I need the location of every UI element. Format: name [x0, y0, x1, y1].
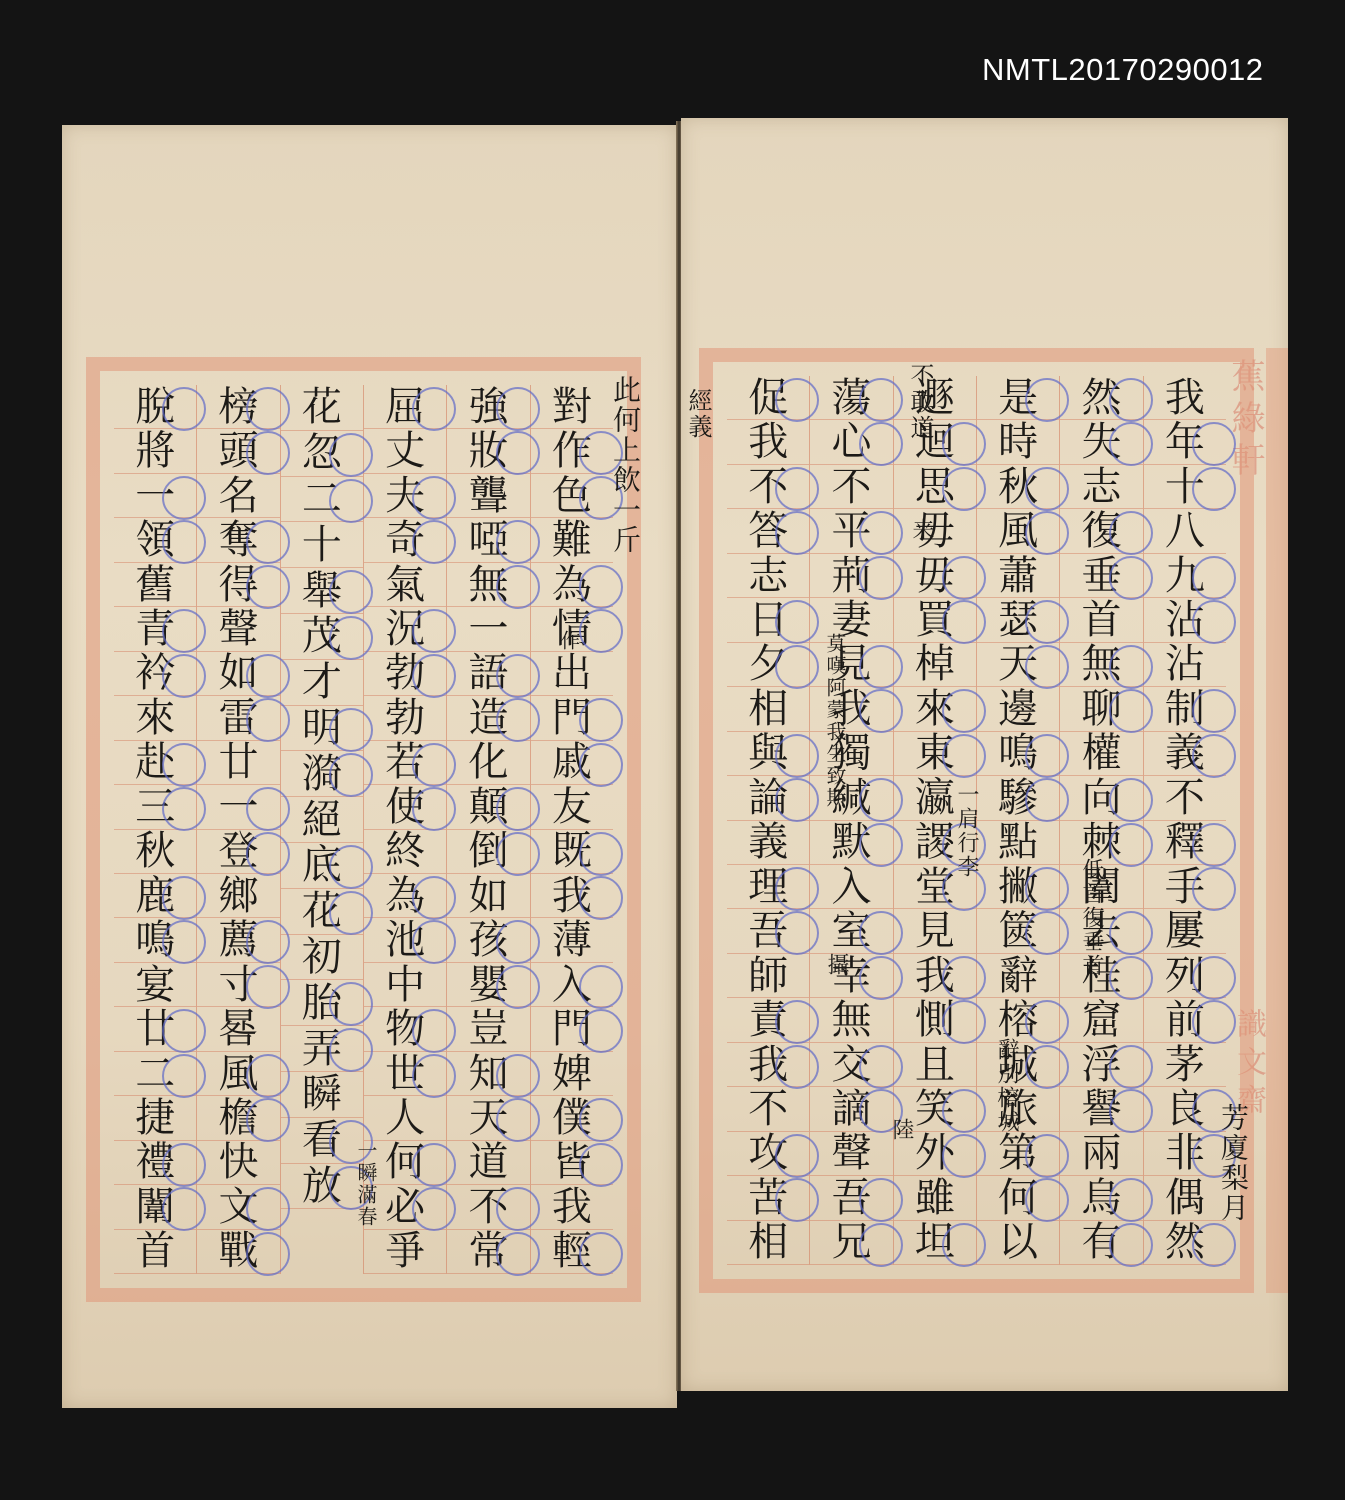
character-cell: 聊 — [1060, 687, 1142, 731]
right-page-text-column: 然失志復垂首無聊權向棘闈去桂窟浮譽兩烏有 — [1059, 376, 1142, 1265]
character-cell: 室 — [810, 909, 892, 953]
character-cell: 相 — [727, 1221, 809, 1265]
character-cell: 不 — [810, 465, 892, 509]
character-cell: 向 — [1060, 776, 1142, 820]
character-cell: 我 — [727, 1043, 809, 1087]
character-cell: 檐 — [197, 1096, 279, 1140]
character-cell: 來 — [894, 687, 976, 731]
character-cell: 不 — [727, 1087, 809, 1131]
character-cell: 知 — [447, 1052, 529, 1096]
character-cell: 倒 — [447, 830, 529, 874]
character-cell: 登 — [197, 830, 279, 874]
character-cell: 入 — [531, 963, 613, 1007]
left-page: 對作色難為情出門戚友既我薄入門婢僕皆我輕強妝聾啞無一語造化顛倒如孩嬰豈知天道不常… — [62, 125, 677, 1408]
character-cell: 道 — [447, 1141, 529, 1185]
character-cell: 色 — [531, 474, 613, 518]
right-page-inline-note: 来 — [906, 518, 937, 542]
character-cell: 義 — [727, 821, 809, 865]
character-cell: 捷 — [114, 1096, 196, 1140]
character-cell: 得 — [197, 563, 279, 607]
character-cell: 九 — [1144, 554, 1226, 598]
character-cell: 物 — [364, 1007, 446, 1051]
character-cell: 聾 — [447, 474, 529, 518]
character-cell: 作 — [531, 429, 613, 473]
character-cell: 兩 — [1060, 1132, 1142, 1176]
character-cell: 無 — [810, 998, 892, 1042]
character-cell: 為 — [364, 874, 446, 918]
character-cell: 鄉 — [197, 874, 279, 918]
character-cell: 既 — [531, 830, 613, 874]
character-cell: 時 — [977, 420, 1059, 464]
character-cell: 屈 — [364, 385, 446, 429]
character-cell: 兄 — [810, 1221, 892, 1265]
right-page: 蕉綠軒 識文齋 我年十八九沾沾制義不釋手屢列前茅良非偶然然失志復垂首無聊權向棘闈… — [681, 118, 1288, 1391]
character-cell: 一 — [197, 785, 279, 829]
character-cell: 無 — [1060, 643, 1142, 687]
character-cell: 交 — [810, 1043, 892, 1087]
left-page-text-column: 花忽二十舉茂才明漪絕底花初胎弄瞬看放 — [280, 385, 363, 1274]
character-cell: 蕩 — [810, 376, 892, 420]
character-cell: 勃 — [364, 696, 446, 740]
left-page-text-column: 榜頭名奪得聲如雷廿一登鄉薦寸晷風檐快文戰 — [196, 385, 279, 1274]
character-cell: 邊 — [977, 687, 1059, 731]
character-cell: 舊 — [114, 563, 196, 607]
character-cell: 丈 — [364, 429, 446, 473]
character-cell: 將 — [114, 429, 196, 473]
character-cell: 棹 — [894, 643, 976, 687]
character-cell: 前 — [1144, 998, 1226, 1042]
character-cell: 奇 — [364, 518, 446, 562]
character-cell: 我 — [531, 874, 613, 918]
character-cell: 胎 — [281, 980, 363, 1026]
character-cell: 赴 — [114, 741, 196, 785]
character-cell: 妝 — [447, 429, 529, 473]
character-cell: 廿 — [114, 1007, 196, 1051]
character-cell: 茅 — [1144, 1043, 1226, 1087]
character-cell: 默 — [810, 821, 892, 865]
character-cell: 為 — [531, 563, 613, 607]
character-cell: 忽 — [281, 431, 363, 477]
character-cell: 輕 — [531, 1230, 613, 1274]
character-cell: 荊 — [810, 554, 892, 598]
character-cell: 門 — [531, 1007, 613, 1051]
character-cell: 薦 — [197, 918, 279, 962]
character-cell: 化 — [447, 741, 529, 785]
character-cell: 首 — [1060, 598, 1142, 642]
character-cell: 年 — [1144, 420, 1226, 464]
character-cell: 戰 — [197, 1230, 279, 1274]
character-cell: 三 — [114, 785, 196, 829]
character-cell: 花 — [281, 889, 363, 935]
character-cell: 放 — [281, 1164, 363, 1210]
character-cell: 友 — [531, 785, 613, 829]
character-cell: 花 — [281, 385, 363, 431]
left-page-inline-note: 作 — [555, 630, 584, 652]
character-cell: 常 — [447, 1230, 529, 1274]
character-cell: 戚 — [531, 741, 613, 785]
character-cell: 薄 — [531, 918, 613, 962]
character-cell: 池 — [364, 918, 446, 962]
character-cell: 闈 — [114, 1185, 196, 1229]
character-cell: 人 — [364, 1096, 446, 1140]
character-cell: 二 — [114, 1052, 196, 1096]
character-cell: 釋 — [1144, 821, 1226, 865]
character-cell: 思 — [894, 465, 976, 509]
character-cell: 門 — [531, 696, 613, 740]
character-cell: 且 — [894, 1043, 976, 1087]
character-cell: 雷 — [197, 696, 279, 740]
character-cell: 列 — [1144, 954, 1226, 998]
character-cell: 快 — [197, 1141, 279, 1185]
character-cell: 鳴 — [977, 732, 1059, 776]
character-cell: 點 — [977, 821, 1059, 865]
character-cell: 氣 — [364, 563, 446, 607]
character-cell: 入 — [810, 865, 892, 909]
character-cell: 啞 — [447, 518, 529, 562]
character-cell: 東 — [894, 732, 976, 776]
right-page-inline-note: 陸 — [886, 1118, 917, 1142]
character-cell: 權 — [1060, 732, 1142, 776]
right-page-inline-note: 攝 — [821, 953, 852, 977]
character-cell: 撇 — [977, 865, 1059, 909]
character-cell: 志 — [1060, 465, 1142, 509]
character-cell: 難 — [531, 518, 613, 562]
character-cell: 風 — [977, 509, 1059, 553]
character-cell: 然 — [1144, 1221, 1226, 1265]
character-cell: 吾 — [810, 1176, 892, 1220]
character-cell: 雖 — [894, 1176, 976, 1220]
character-cell: 烏 — [1060, 1176, 1142, 1220]
character-cell: 浮 — [1060, 1043, 1142, 1087]
character-cell: 廿 — [197, 741, 279, 785]
character-cell: 以 — [977, 1221, 1059, 1265]
character-cell: 不 — [1144, 776, 1226, 820]
character-cell: 況 — [364, 607, 446, 651]
character-cell: 對 — [531, 385, 613, 429]
character-cell: 來 — [114, 696, 196, 740]
character-cell: 如 — [197, 652, 279, 696]
character-cell: 十 — [1144, 465, 1226, 509]
character-cell: 蕭 — [977, 554, 1059, 598]
character-cell: 脫 — [114, 385, 196, 429]
character-cell: 惻 — [894, 998, 976, 1042]
right-page-signature: 芳廈梨月 — [1213, 1103, 1253, 1223]
character-cell: 無 — [447, 563, 529, 607]
character-cell: 義 — [1144, 732, 1226, 776]
character-cell: 志 — [727, 554, 809, 598]
character-cell: 孩 — [447, 918, 529, 962]
character-cell: 瞬 — [281, 1072, 363, 1118]
character-cell: 謫 — [810, 1087, 892, 1131]
character-cell: 秋 — [114, 830, 196, 874]
character-cell: 促 — [727, 376, 809, 420]
character-cell: 風 — [197, 1052, 279, 1096]
character-cell: 名 — [197, 474, 279, 518]
character-cell: 二 — [281, 477, 363, 523]
character-cell: 顛 — [447, 785, 529, 829]
character-cell: 手 — [1144, 865, 1226, 909]
character-cell: 語 — [447, 652, 529, 696]
character-cell: 宴 — [114, 963, 196, 1007]
character-cell: 垂 — [1060, 554, 1142, 598]
character-cell: 答 — [727, 509, 809, 553]
character-cell: 爭 — [364, 1230, 446, 1274]
character-cell: 秋 — [977, 465, 1059, 509]
character-cell: 出 — [531, 652, 613, 696]
character-cell: 制 — [1144, 687, 1226, 731]
character-cell: 我 — [894, 954, 976, 998]
character-cell: 苦 — [727, 1176, 809, 1220]
character-cell: 寸 — [197, 963, 279, 1007]
character-cell: 攻 — [727, 1132, 809, 1176]
character-cell: 聲 — [197, 607, 279, 651]
character-cell: 造 — [447, 696, 529, 740]
right-page-inline-note: 莫嘆阿蒙我生致斯 — [821, 633, 850, 809]
character-cell: 皆 — [531, 1141, 613, 1185]
character-cell: 僕 — [531, 1096, 613, 1140]
character-cell: 心 — [810, 420, 892, 464]
left-page-text-column: 脫將一領舊青衿來赴三秋鹿鳴宴廿二捷禮闈首 — [114, 385, 196, 1274]
right-page-edge-strip — [1266, 348, 1288, 1293]
character-cell: 瑟 — [977, 598, 1059, 642]
book-spread: 對作色難為情出門戚友既我薄入門婢僕皆我輕強妝聾啞無一語造化顛倒如孩嬰豈知天道不常… — [62, 113, 1288, 1398]
character-cell: 夫 — [364, 474, 446, 518]
character-cell: 天 — [977, 643, 1059, 687]
left-page-text-column: 強妝聾啞無一語造化顛倒如孩嬰豈知天道不常 — [446, 385, 529, 1274]
character-cell: 如 — [447, 874, 529, 918]
character-cell: 衿 — [114, 652, 196, 696]
character-cell: 何 — [977, 1176, 1059, 1220]
character-cell: 榕 — [977, 998, 1059, 1042]
character-cell: 復 — [1060, 509, 1142, 553]
character-cell: 驂 — [977, 776, 1059, 820]
character-cell: 禮 — [114, 1141, 196, 1185]
left-page-inline-note: 一瞬滿春 — [352, 1140, 381, 1228]
character-cell: 師 — [727, 954, 809, 998]
character-cell: 然 — [1060, 376, 1142, 420]
character-cell: 平 — [810, 509, 892, 553]
character-cell: 茂 — [281, 614, 363, 660]
character-cell: 論 — [727, 776, 809, 820]
left-page-margin-note: 此何上飲一斤 — [605, 375, 645, 555]
character-cell: 奪 — [197, 518, 279, 562]
right-page-outer-note: 經義 — [681, 388, 716, 440]
character-cell: 責 — [727, 998, 809, 1042]
right-page-inline-note: 低首復垂首 — [1076, 858, 1107, 978]
character-cell: 理 — [727, 865, 809, 909]
character-cell: 弄 — [281, 1026, 363, 1072]
character-cell: 不 — [447, 1185, 529, 1229]
character-cell: 首 — [114, 1230, 196, 1274]
character-cell: 鹿 — [114, 874, 196, 918]
right-page-inline-note: 一肩行李 — [951, 783, 982, 879]
character-cell: 初 — [281, 935, 363, 981]
character-cell: 辭 — [977, 954, 1059, 998]
character-cell: 世 — [364, 1052, 446, 1096]
character-cell: 婢 — [531, 1052, 613, 1096]
archive-id-label: NMTL20170290012 — [982, 52, 1264, 88]
character-cell: 看 — [281, 1118, 363, 1164]
right-page-inline-note: 辭別榕城 — [991, 1038, 1022, 1134]
character-cell: 見 — [894, 909, 976, 953]
character-cell: 第 — [977, 1132, 1059, 1176]
character-cell: 終 — [364, 830, 446, 874]
right-page-inline-note: 不敢道 — [903, 363, 938, 441]
character-cell: 窟 — [1060, 998, 1142, 1042]
character-cell: 十 — [281, 522, 363, 568]
character-cell: 明 — [281, 706, 363, 752]
character-cell: 買 — [894, 598, 976, 642]
character-cell: 八 — [1144, 509, 1226, 553]
left-page-text-column: 對作色難為情出門戚友既我薄入門婢僕皆我輕 — [530, 385, 613, 1274]
character-cell: 坦 — [894, 1221, 976, 1265]
character-cell: 譽 — [1060, 1087, 1142, 1131]
character-cell: 我 — [1144, 376, 1226, 420]
character-cell: 不 — [727, 465, 809, 509]
character-cell: 天 — [447, 1096, 529, 1140]
character-cell: 中 — [364, 963, 446, 1007]
character-cell: 絕 — [281, 797, 363, 843]
character-cell: 夕 — [727, 643, 809, 687]
character-cell: 領 — [114, 518, 196, 562]
character-cell: 日 — [727, 598, 809, 642]
character-cell: 才 — [281, 660, 363, 706]
character-cell: 使 — [364, 785, 446, 829]
character-cell: 沾 — [1144, 643, 1226, 687]
character-cell: 我 — [727, 420, 809, 464]
character-cell: 篋 — [977, 909, 1059, 953]
character-cell: 榜 — [197, 385, 279, 429]
character-cell: 頭 — [197, 429, 279, 473]
character-cell: 豈 — [447, 1007, 529, 1051]
character-cell: 一 — [447, 607, 529, 651]
character-cell: 毋 — [894, 554, 976, 598]
character-cell: 若 — [364, 741, 446, 785]
character-cell: 聲 — [810, 1132, 892, 1176]
character-cell: 與 — [727, 732, 809, 776]
character-cell: 嬰 — [447, 963, 529, 1007]
character-cell: 屢 — [1144, 909, 1226, 953]
character-cell: 有 — [1060, 1221, 1142, 1265]
right-page-text-column: 蕩心不平荊妻見我獨緘默入室幸無交謫聲吾兄 — [809, 376, 892, 1265]
character-cell: 我 — [531, 1185, 613, 1229]
character-cell: 是 — [977, 376, 1059, 420]
character-cell: 文 — [197, 1185, 279, 1229]
character-cell: 一 — [114, 474, 196, 518]
character-cell: 沾 — [1144, 598, 1226, 642]
right-page-text-column: 促我不答志日夕相與論義理吾師責我不攻苦相 — [727, 376, 809, 1265]
character-cell: 鳴 — [114, 918, 196, 962]
character-cell: 青 — [114, 607, 196, 651]
character-cell: 勃 — [364, 652, 446, 696]
character-cell: 晷 — [197, 1007, 279, 1051]
character-cell: 舉 — [281, 568, 363, 614]
character-cell: 漪 — [281, 751, 363, 797]
character-cell: 底 — [281, 843, 363, 889]
character-cell: 吾 — [727, 909, 809, 953]
character-cell: 相 — [727, 687, 809, 731]
character-cell: 強 — [447, 385, 529, 429]
character-cell: 失 — [1060, 420, 1142, 464]
